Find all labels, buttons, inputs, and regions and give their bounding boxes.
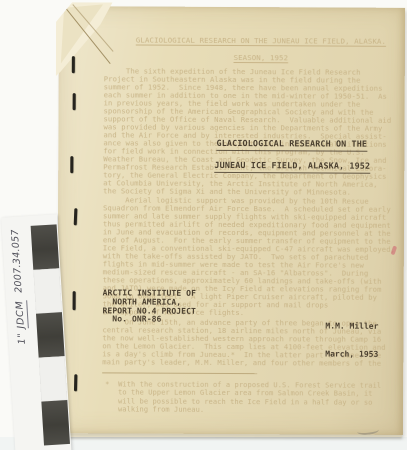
footnote-separator-rule	[102, 372, 257, 374]
museum-code-text: JDCM	[14, 300, 29, 329]
imprint-line: No. ONR-86	[102, 316, 195, 325]
text-line: walking from Juneau.	[105, 406, 381, 416]
staple	[74, 374, 77, 391]
scale-bar-segment	[31, 224, 60, 270]
document-page: GLACIOLOGICAL RESEARCH ON THE JUNEAU ICE…	[57, 6, 405, 435]
author-block: M.M. Miller March, 1953	[325, 302, 378, 378]
showthrough-header-line2: SEASON, 1952	[129, 53, 393, 62]
staple	[74, 208, 78, 225]
showthrough-header-line1: GLACIOLOGICAL RESEARCH ON THE JUNEAU ICE…	[129, 36, 393, 45]
report-title-line2-text: JUNEAU ICE FIELD, ALASKA, 1952	[214, 160, 370, 173]
scale-bar-segment	[33, 268, 62, 314]
author-name: M.M. Miller	[325, 321, 378, 331]
scale-bar-segment	[41, 400, 70, 446]
staple	[70, 156, 73, 173]
staple	[73, 291, 76, 310]
accession-number-text: 2007.34.057	[10, 229, 25, 293]
scale-inch-text: 1"	[16, 332, 28, 345]
institute-imprint-block: ARCTIC INSTITUTE OF NORTH AMERICA,REPORT…	[102, 289, 196, 325]
scale-bar-segment	[36, 312, 65, 358]
scale-bar-segment	[39, 356, 68, 402]
staple	[73, 93, 76, 110]
scanned-document-photo: GLACIOLOGICAL RESEARCH ON THE JUNEAU ICE…	[0, 0, 407, 450]
report-date: March, 1953	[325, 350, 378, 360]
pencil-smudge	[357, 426, 380, 436]
showthrough-footnote: * With the construction of a proposed U.…	[105, 380, 381, 415]
staple	[72, 56, 75, 73]
report-title-line2: JUNEAU ICE FIELD, ALASKA, 1952	[183, 150, 370, 181]
